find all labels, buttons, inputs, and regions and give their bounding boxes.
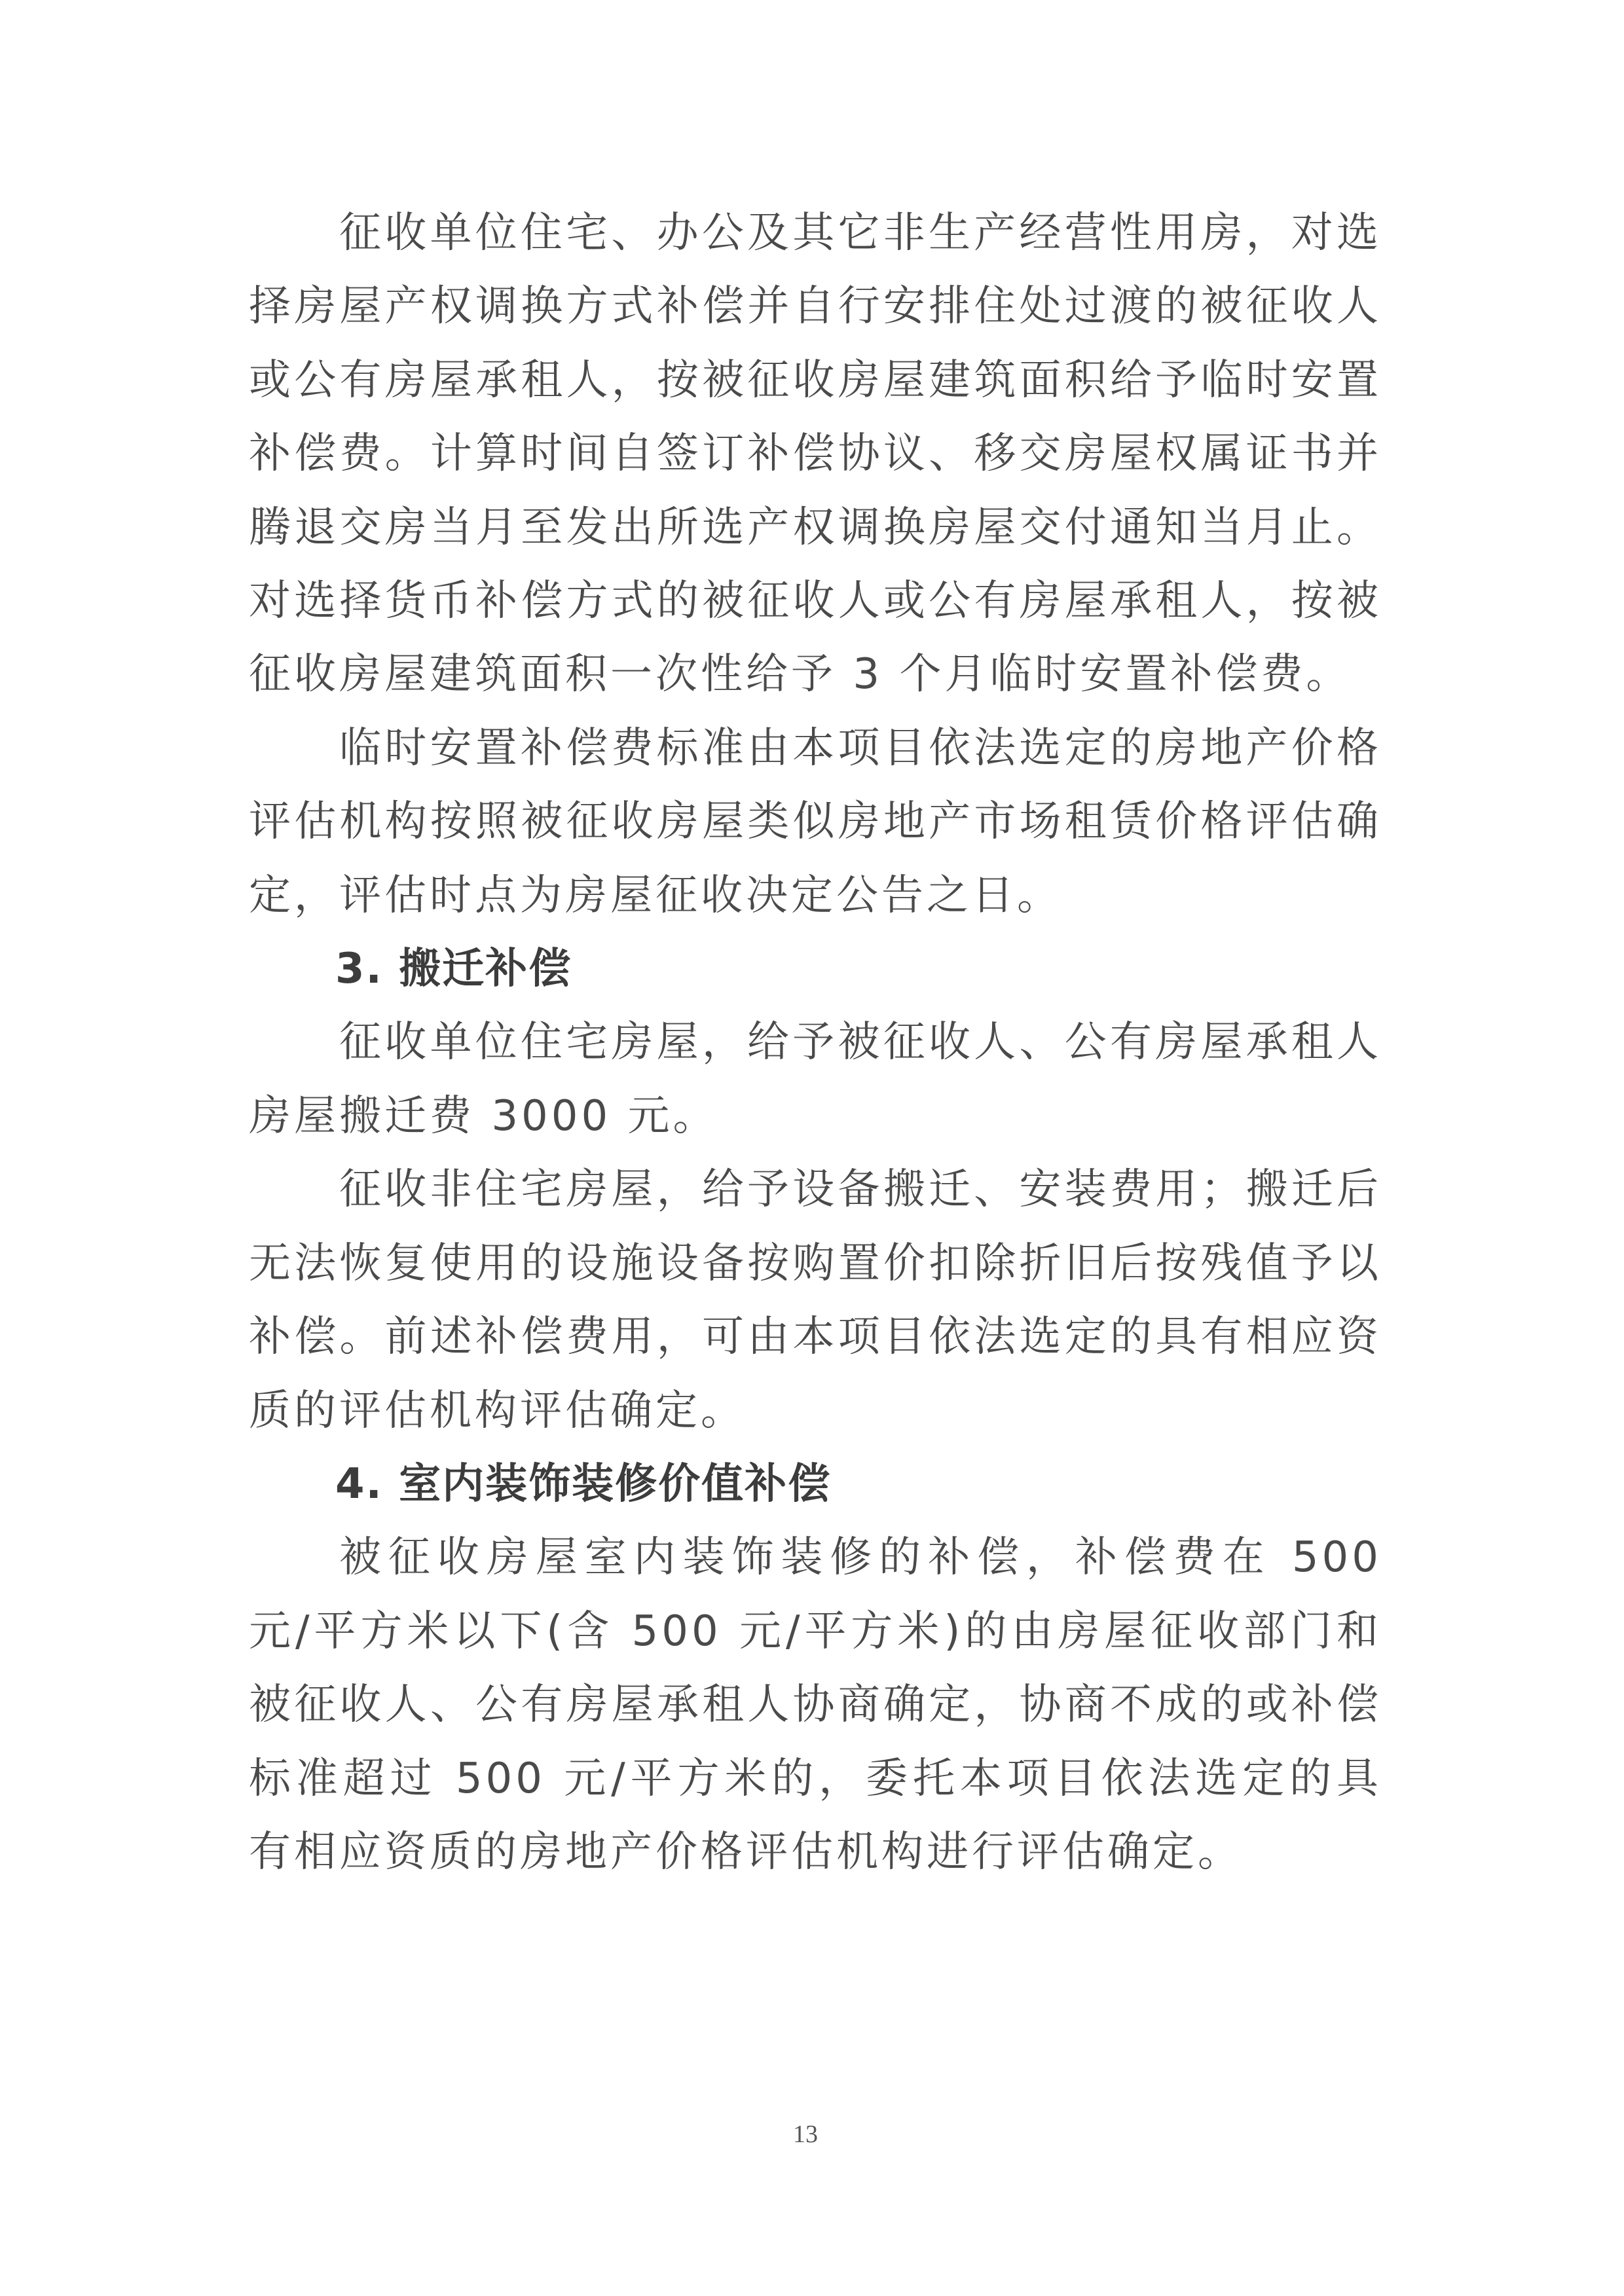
paragraph-residential-relocation-fee: 征收单位住宅房屋，给予被征收人、公有房屋承租人房屋搬迁费 3000 元。 <box>249 1006 1382 1153</box>
paragraph-non-residential-relocation: 征收非住宅房屋，给予设备搬迁、安装费用；搬迁后无法恢复使用的设施设备按购置价扣除… <box>249 1153 1382 1448</box>
page-number: 13 <box>786 2120 825 2149</box>
document-body: 征收单位住宅、办公及其它非生产经营性用房，对选择房屋产权调换方式补偿并自行安排住… <box>249 196 1382 1889</box>
section-heading-decoration-compensation: 4. 室内装饰装修价值补偿 <box>249 1448 1382 1521</box>
paragraph-decoration-compensation: 被征收房屋室内装饰装修的补偿，补偿费在 500 元/平方米以下(含 500 元/… <box>249 1521 1382 1889</box>
section-heading-relocation-compensation: 3. 搬迁补偿 <box>249 932 1382 1006</box>
document-page: 征收单位住宅、办公及其它非生产经营性用房，对选择房屋产权调换方式补偿并自行安排住… <box>0 0 1624 2296</box>
paragraph-temporary-resettlement-scope: 征收单位住宅、办公及其它非生产经营性用房，对选择房屋产权调换方式补偿并自行安排住… <box>249 196 1382 712</box>
paragraph-temporary-resettlement-standard: 临时安置补偿费标准由本项目依法选定的房地产价格评估机构按照被征收房屋类似房地产市… <box>249 712 1382 932</box>
